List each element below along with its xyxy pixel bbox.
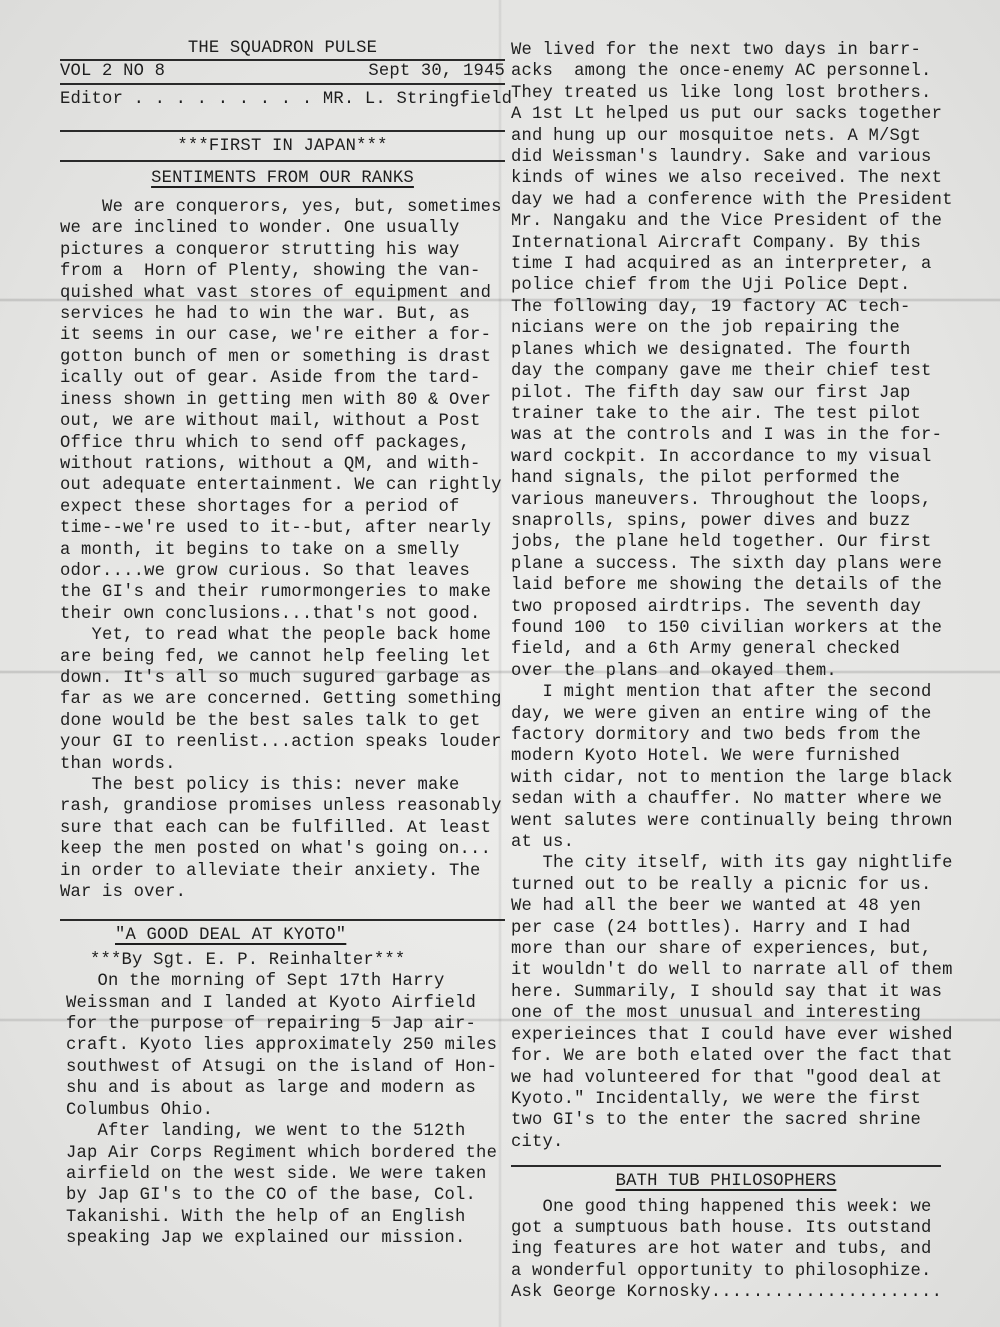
text-line: various maneuvers. Throughout the loops, [511, 490, 961, 511]
right-column: We lived for the next two days in barr-a… [511, 40, 961, 1304]
text-line: got a sumptuous bath house. Its outstand [511, 1218, 961, 1239]
text-line: pilot. The fifth day saw our first Jap [511, 383, 961, 404]
newsletter-title: THE SQUADRON PULSE [60, 38, 505, 59]
text-line: the GI's and their rumormongeries to mak… [60, 582, 505, 603]
text-line: On the morning of Sept 17th Harry [66, 971, 505, 992]
text-line: expect these shortages for a period of [60, 497, 505, 518]
text-line: police chief from the Uji Police Dept. [511, 275, 961, 296]
text-line: Ask George Kornosky.....................… [511, 1282, 961, 1303]
editor-line: Editor . . . . . . . . . MR. L. Stringfi… [60, 89, 505, 110]
text-line: experieinces that I could have ever wish… [511, 1025, 961, 1046]
article-byline: ***By Sgt. E. P. Reinhalter*** [60, 950, 505, 971]
text-line: keep the men posted on what's going on..… [60, 839, 505, 860]
text-line: plane a success. The sixth day plans wer… [511, 554, 961, 575]
text-line: at us. [511, 832, 961, 853]
article-headline-kyoto: "A GOOD DEAL AT KYOTO" [115, 926, 346, 945]
text-line: out, we are without mail, without a Post [60, 411, 505, 432]
text-line: by Jap GI's to the CO of the base, Col. [66, 1185, 505, 1206]
text-line: Takanishi. With the help of an English [66, 1207, 505, 1228]
text-line: We lived for the next two days in barr- [511, 40, 961, 61]
text-line: than words. [60, 754, 505, 775]
text-line: hand signals, the pilot performed the [511, 468, 961, 489]
text-line: Yet, to read what the people back home [60, 625, 505, 646]
text-line: found 100 to 150 civilian workers at the [511, 618, 961, 639]
text-line: factory dormitory and two beds from the [511, 725, 961, 746]
text-line: field, and a 6th Army general checked [511, 639, 961, 660]
text-line: a month, it begins to take on a smelly [60, 540, 505, 561]
text-line: are being fed, we cannot help feeling le… [60, 647, 505, 668]
text-line: planes which we designated. The fourth [511, 340, 961, 361]
masthead-issue-row: VOL 2 NO 8 Sept 30, 1945 [60, 61, 505, 84]
text-line: jobs, the plane held together. Our first [511, 532, 961, 553]
volume-number: VOL 2 NO 8 [60, 61, 165, 82]
text-line: After landing, we went to the 512th [66, 1121, 505, 1142]
text-line: The best policy is this: never make [60, 775, 505, 796]
article-body-kyoto-right: We lived for the next two days in barr-a… [511, 40, 961, 1153]
text-line: War is over. [60, 882, 505, 903]
text-line: We are conquerors, yes, but, sometimes [60, 197, 505, 218]
text-line: far as we are concerned. Getting somethi… [60, 689, 505, 710]
text-line: from a Horn of Plenty, showing the van- [60, 261, 505, 282]
section-banner-rule [60, 160, 505, 162]
section-banner: ***FIRST IN JAPAN*** [60, 136, 505, 157]
text-line: speaking Jap we explained our mission. [66, 1228, 505, 1249]
text-line: over the plans and okayed them. [511, 661, 961, 682]
text-line: two proposed airdtrips. The seventh day [511, 597, 961, 618]
text-line: a wonderful opportunity to philosophize. [511, 1261, 961, 1282]
text-line: odor....we grow curious. So that leaves [60, 561, 505, 582]
text-line: shu and is about as large and modern as [66, 1078, 505, 1099]
text-line: laid before me showing the details of th… [511, 575, 961, 596]
text-line: with cidar, not to mention the large bla… [511, 768, 961, 789]
text-line: we are inclined to wonder. One usually [60, 218, 505, 239]
text-line: day we had a conference with the Preside… [511, 190, 961, 211]
text-line: quished what vast stores of equipment an… [60, 283, 505, 304]
text-line: sure that each can be fulfilled. At leas… [60, 818, 505, 839]
text-line: pictures a conqueror strutting his way [60, 240, 505, 261]
article-headline-bathtub: BATH TUB PHILOSOPHERS [511, 1171, 941, 1192]
text-line: trainer take to the air. The test pilot [511, 404, 961, 425]
text-line: your GI to reenlist...action speaks loud… [60, 732, 505, 753]
text-line: we had volunteered for that "good deal a… [511, 1068, 961, 1089]
text-line: Columbus Ohio. [66, 1100, 505, 1121]
left-column: THE SQUADRON PULSE VOL 2 NO 8 Sept 30, 1… [60, 38, 505, 1250]
article-body-bathtub: One good thing happened this week: wegot… [511, 1197, 961, 1304]
text-line: The following day, 19 factory AC tech- [511, 297, 961, 318]
text-line: per case (24 bottles). Harry and I had [511, 918, 961, 939]
text-line: in order to alleviate their anxiety. The [60, 861, 505, 882]
text-line: ing features are hot water and tubs, and [511, 1239, 961, 1260]
text-line: They treated us like long lost brothers. [511, 83, 961, 104]
text-line: one of the most unusual and interesting [511, 1003, 961, 1024]
text-line: acks among the once-enemy AC personnel. [511, 61, 961, 82]
text-line: and hung up our mosquitoe nets. A M/Sgt [511, 126, 961, 147]
text-line: A 1st Lt helped us put our sacks togethe… [511, 104, 961, 125]
text-line: out adequate entertainment. We can right… [60, 475, 505, 496]
text-line: sedan with a chauffer. No matter where w… [511, 789, 961, 810]
text-line: rash, grandiose promises unless reasonab… [60, 796, 505, 817]
text-line: Mr. Nangaku and the Vice President of th… [511, 211, 961, 232]
text-line: modern Kyoto Hotel. We were furnished [511, 746, 961, 767]
text-line: craft. Kyoto lies approximately 250 mile… [66, 1035, 505, 1056]
text-line: We had all the beer we wanted at 48 yen [511, 896, 961, 917]
text-line: without rations, without a QM, and with- [60, 454, 505, 475]
article-divider [511, 1165, 941, 1167]
text-line: two GI's to the enter the sacred shrine [511, 1110, 961, 1131]
article-body-sentiments: We are conquerors, yes, but, sometimeswe… [60, 197, 505, 903]
text-line: time--we're used to it--but, after nearl… [60, 518, 505, 539]
text-line: iness shown in getting men with 80 & Ove… [60, 390, 505, 411]
text-line: The city itself, with its gay nightlife [511, 853, 961, 874]
text-line: nicians were on the job repairing the [511, 318, 961, 339]
text-line: kinds of wines we also received. The nex… [511, 168, 961, 189]
text-line: services he had to win the war. But, as [60, 304, 505, 325]
text-line: I might mention that after the second [511, 682, 961, 703]
text-line: Kyoto." Incidentally, we were the first [511, 1089, 961, 1110]
text-line: went salutes were continually being thro… [511, 811, 961, 832]
text-line: here. Summarily, I should say that it wa… [511, 982, 961, 1003]
issue-date: Sept 30, 1945 [368, 61, 505, 82]
text-line: it wouldn't do well to narrate all of th… [511, 960, 961, 981]
text-line: time I had acquired as an interpreter, a [511, 254, 961, 275]
text-line: Office thru which to send off packages, [60, 433, 505, 454]
text-line: turned out to be really a picnic for us. [511, 875, 961, 896]
text-line: snaprolls, spins, power dives and buzz [511, 511, 961, 532]
text-line: day, we were given an entire wing of the [511, 704, 961, 725]
text-line: Weissman and I landed at Kyoto Airfield [66, 993, 505, 1014]
text-line: ically out of gear. Aside from the tard- [60, 368, 505, 389]
text-line: done would be the best sales talk to get [60, 711, 505, 732]
article-headline-sentiments: SENTIMENTS FROM OUR RANKS [60, 168, 505, 189]
text-line: their own conclusions...that's not good. [60, 604, 505, 625]
text-line: more than our share of experiences, but, [511, 939, 961, 960]
text-line: One good thing happened this week: we [511, 1197, 961, 1218]
text-line: for. We are both elated over the fact th… [511, 1046, 961, 1067]
article-body-kyoto-left: On the morning of Sept 17th HarryWeissma… [60, 971, 505, 1249]
text-line: gotton bunch of men or something is dras… [60, 347, 505, 368]
text-line: southwest of Atsugi on the island of Hon… [66, 1057, 505, 1078]
text-line: ward cockpit. In accordance to my visual [511, 447, 961, 468]
text-line: Jap Air Corps Regiment which bordered th… [66, 1143, 505, 1164]
section-rule [60, 130, 505, 132]
text-line: International Aircraft Company. By this [511, 233, 961, 254]
text-line: did Weissman's laundry. Sake and various [511, 147, 961, 168]
text-line: day the company gave me their chief test [511, 361, 961, 382]
text-line: down. It's all so much sugured garbage a… [60, 668, 505, 689]
text-line: was at the controls and I was in the for… [511, 425, 961, 446]
text-line: city. [511, 1132, 961, 1153]
text-line: airfield on the west side. We were taken [66, 1164, 505, 1185]
article-divider [60, 919, 505, 921]
text-line: it seems in our case, we're either a for… [60, 325, 505, 346]
text-line: for the purpose of repairing 5 Jap air- [66, 1014, 505, 1035]
